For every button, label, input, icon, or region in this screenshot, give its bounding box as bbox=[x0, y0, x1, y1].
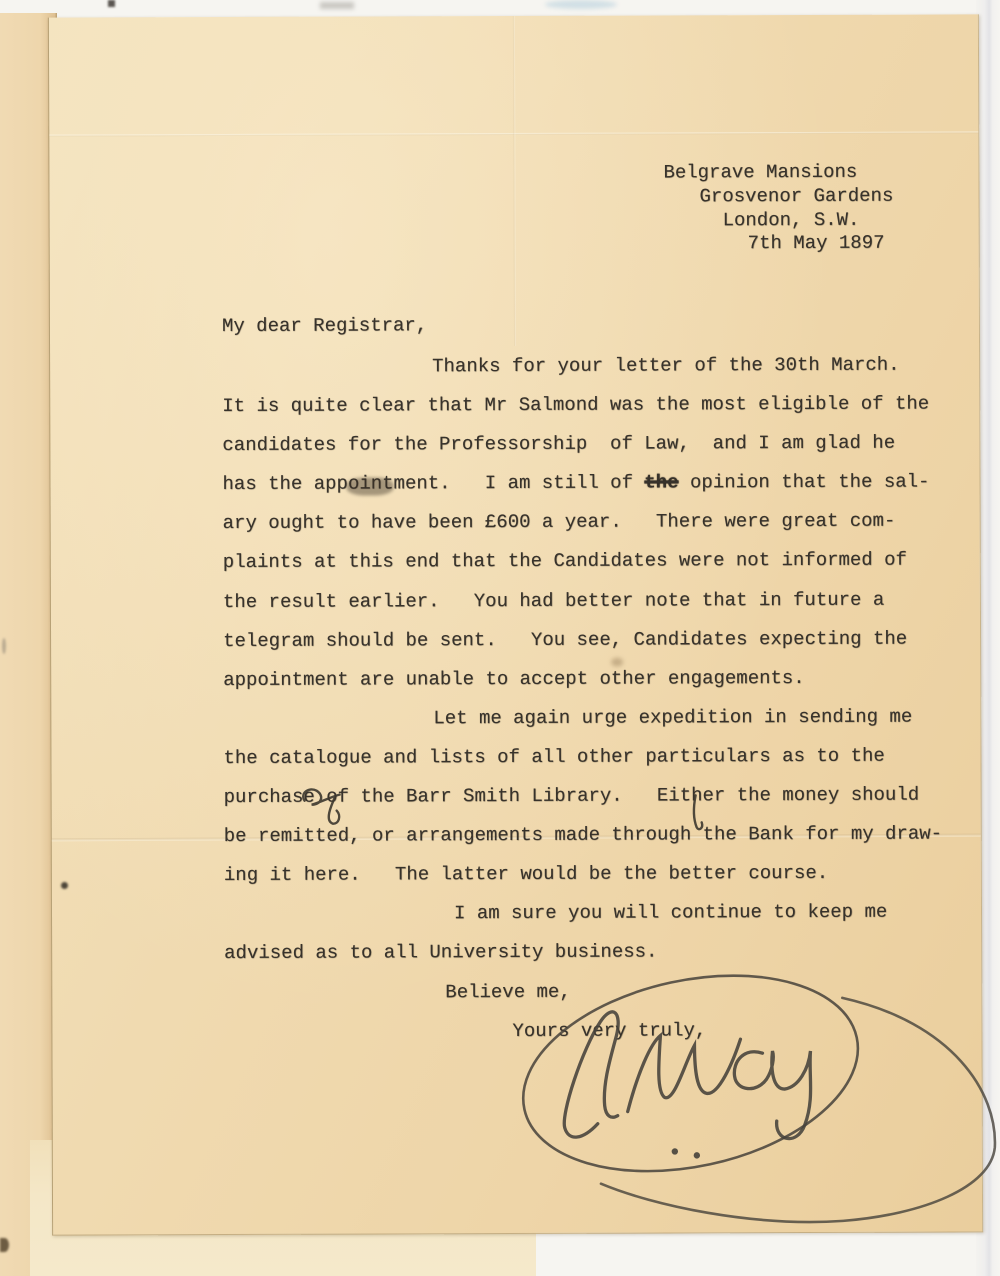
body-line: ing it here. The latter would be the bet… bbox=[224, 861, 964, 903]
salutation: My dear Registrar, bbox=[222, 313, 427, 338]
body-line: I am sure you will continue to keep me bbox=[224, 900, 964, 942]
body-line: candidates for the Professorship of Law,… bbox=[222, 431, 962, 473]
paper-speck bbox=[61, 882, 68, 889]
body-text: opinion that the sal- bbox=[679, 471, 930, 494]
paper-speck bbox=[2, 638, 6, 654]
body-line: Let me again urge expedition in sending … bbox=[223, 704, 963, 746]
signature-oval bbox=[505, 947, 877, 1201]
handwritten-correction-of bbox=[295, 783, 357, 831]
header-address-line-2: Grosvenor Gardens bbox=[699, 184, 893, 209]
paper-speck bbox=[0, 1238, 9, 1252]
letter-page: Belgrave Mansions Grosvenor Gardens Lond… bbox=[48, 14, 983, 1235]
body-line-with-strikethrough: has the appointment. I am still of the o… bbox=[222, 470, 962, 512]
fold-crease-vertical bbox=[513, 16, 516, 346]
header-date: 7th May 1897 bbox=[748, 231, 885, 255]
paper-smudge-blue bbox=[545, 0, 617, 9]
body-line: the result earlier. You had better note … bbox=[223, 587, 963, 629]
paper-smudge bbox=[611, 658, 623, 667]
signature-flourish bbox=[600, 997, 995, 1222]
body-line: Thanks for your letter of the 30th March… bbox=[222, 352, 962, 394]
body-line: appointment are unable to accept other e… bbox=[223, 665, 963, 707]
paper-speck bbox=[108, 0, 115, 7]
body-line: the catalogue and lists of all other par… bbox=[223, 743, 963, 785]
paper-smudge bbox=[320, 2, 354, 9]
signature bbox=[422, 942, 1000, 1264]
header-address-line-1: Belgrave Mansions bbox=[663, 160, 857, 185]
overtype-correction bbox=[346, 477, 393, 495]
signature-strokes bbox=[564, 1011, 811, 1139]
signature-dots bbox=[672, 1148, 700, 1158]
body-text: has the appointment. I am still of bbox=[222, 472, 644, 495]
struck-word: the bbox=[644, 472, 678, 494]
handwritten-correction-h bbox=[685, 791, 709, 835]
body-line: ary ought to have been £600 a year. Ther… bbox=[223, 509, 963, 551]
body-line: telegram should be sent. You see, Candid… bbox=[223, 626, 963, 668]
body-line: plaints at this end that the Candidates … bbox=[223, 548, 963, 590]
header-address-line-3: London, S.W. bbox=[723, 208, 860, 232]
body-line: It is quite clear that Mr Salmond was th… bbox=[222, 392, 962, 434]
